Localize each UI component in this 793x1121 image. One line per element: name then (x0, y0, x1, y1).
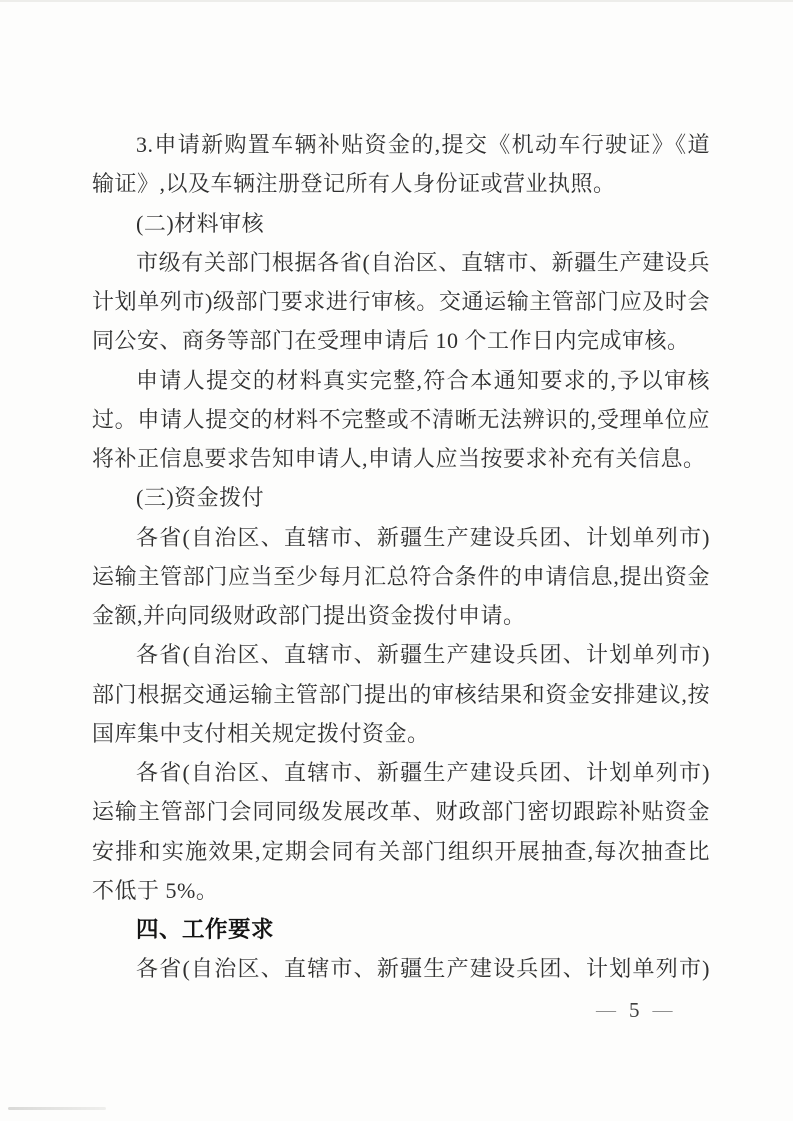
text-line: 市级有关部门根据各省(自治区、直辖市、新疆生产建设兵团、 (92, 243, 710, 282)
text-line: 计划单列市)级部门要求进行审核。交通运输主管部门应及时会 (92, 282, 710, 321)
text-line: 各省(自治区、直辖市、新疆生产建设兵团、计划单列市)交通 (92, 518, 710, 557)
scan-artifact-bottom-left-smudge (8, 1107, 106, 1110)
paragraph-p9-heading: 四、工作要求 (92, 910, 710, 949)
text-line: 输证》,以及车辆注册登记所有人身份证或营业执照。 (92, 164, 710, 203)
page-number: 5 (629, 997, 640, 1023)
scan-artifact-top-edge (0, 0, 793, 2)
text-line: (三)资金拨付 (92, 478, 710, 517)
footer-dash-right: — (653, 997, 673, 1023)
text-line: 各省(自治区、直辖市、新疆生产建设兵团、计划单列市)财政 (92, 635, 710, 674)
paragraph-p10-body: 各省(自治区、直辖市、新疆生产建设兵团、计划单列市)交通 (92, 949, 710, 988)
text-line: 运输主管部门会同同级发展改革、财政部门密切跟踪补贴资金的 (92, 792, 710, 831)
paragraph-p3-body: 市级有关部门根据各省(自治区、直辖市、新疆生产建设兵团、计划单列市)级部门要求进… (92, 243, 710, 361)
text-line: 运输主管部门应当至少每月汇总符合条件的申请信息,提出资金 (92, 557, 710, 596)
page-footer: — 5 — (596, 997, 673, 1023)
text-line: 过。申请人提交的材料不完整或不清晰无法辨识的,受理单位应当 (92, 400, 710, 439)
paragraph-p5-subheading: (三)资金拨付 (92, 478, 710, 517)
text-line: 各省(自治区、直辖市、新疆生产建设兵团、计划单列市)交通 (92, 949, 710, 988)
text-line: 不低于 5%。 (92, 871, 710, 910)
paragraph-p6-body: 各省(自治区、直辖市、新疆生产建设兵团、计划单列市)交通运输主管部门应当至少每月… (92, 518, 710, 636)
paragraph-p4-body: 申请人提交的材料真实完整,符合本通知要求的,予以审核通过。申请人提交的材料不完整… (92, 361, 710, 479)
document-body: 3.申请新购置车辆补贴资金的,提交《机动车行驶证》《道路运输证》,以及车辆注册登… (92, 125, 710, 989)
paragraph-p2-subheading: (二)材料审核 (92, 204, 710, 243)
text-line: 四、工作要求 (92, 910, 710, 949)
paragraph-p1-body: 3.申请新购置车辆补贴资金的,提交《机动车行驶证》《道路运输证》,以及车辆注册登… (92, 125, 710, 204)
text-line: 安排和实施效果,定期会同有关部门组织开展抽查,每次抽查比例 (92, 832, 710, 871)
footer-dash-left: — (596, 997, 616, 1023)
text-line: 各省(自治区、直辖市、新疆生产建设兵团、计划单列市)交通 (92, 753, 710, 792)
text-line: (二)材料审核 (92, 204, 710, 243)
paragraph-p7-body: 各省(自治区、直辖市、新疆生产建设兵团、计划单列市)财政部门根据交通运输主管部门… (92, 635, 710, 753)
text-line: 国库集中支付相关规定拨付资金。 (92, 714, 710, 753)
text-line: 部门根据交通运输主管部门提出的审核结果和资金安排建议,按 (92, 675, 710, 714)
text-line: 3.申请新购置车辆补贴资金的,提交《机动车行驶证》《道路运 (92, 125, 710, 164)
text-line: 将补正信息要求告知申请人,申请人应当按要求补充有关信息。 (92, 439, 710, 478)
paragraph-p8-body: 各省(自治区、直辖市、新疆生产建设兵团、计划单列市)交通运输主管部门会同同级发展… (92, 753, 710, 910)
document-page: 3.申请新购置车辆补贴资金的,提交《机动车行驶证》《道路运输证》,以及车辆注册登… (0, 0, 793, 1121)
text-line: 同公安、商务等部门在受理申请后 10 个工作日内完成审核。 (92, 321, 710, 360)
text-line: 金额,并向同级财政部门提出资金拨付申请。 (92, 596, 710, 635)
text-line: 申请人提交的材料真实完整,符合本通知要求的,予以审核通 (92, 361, 710, 400)
